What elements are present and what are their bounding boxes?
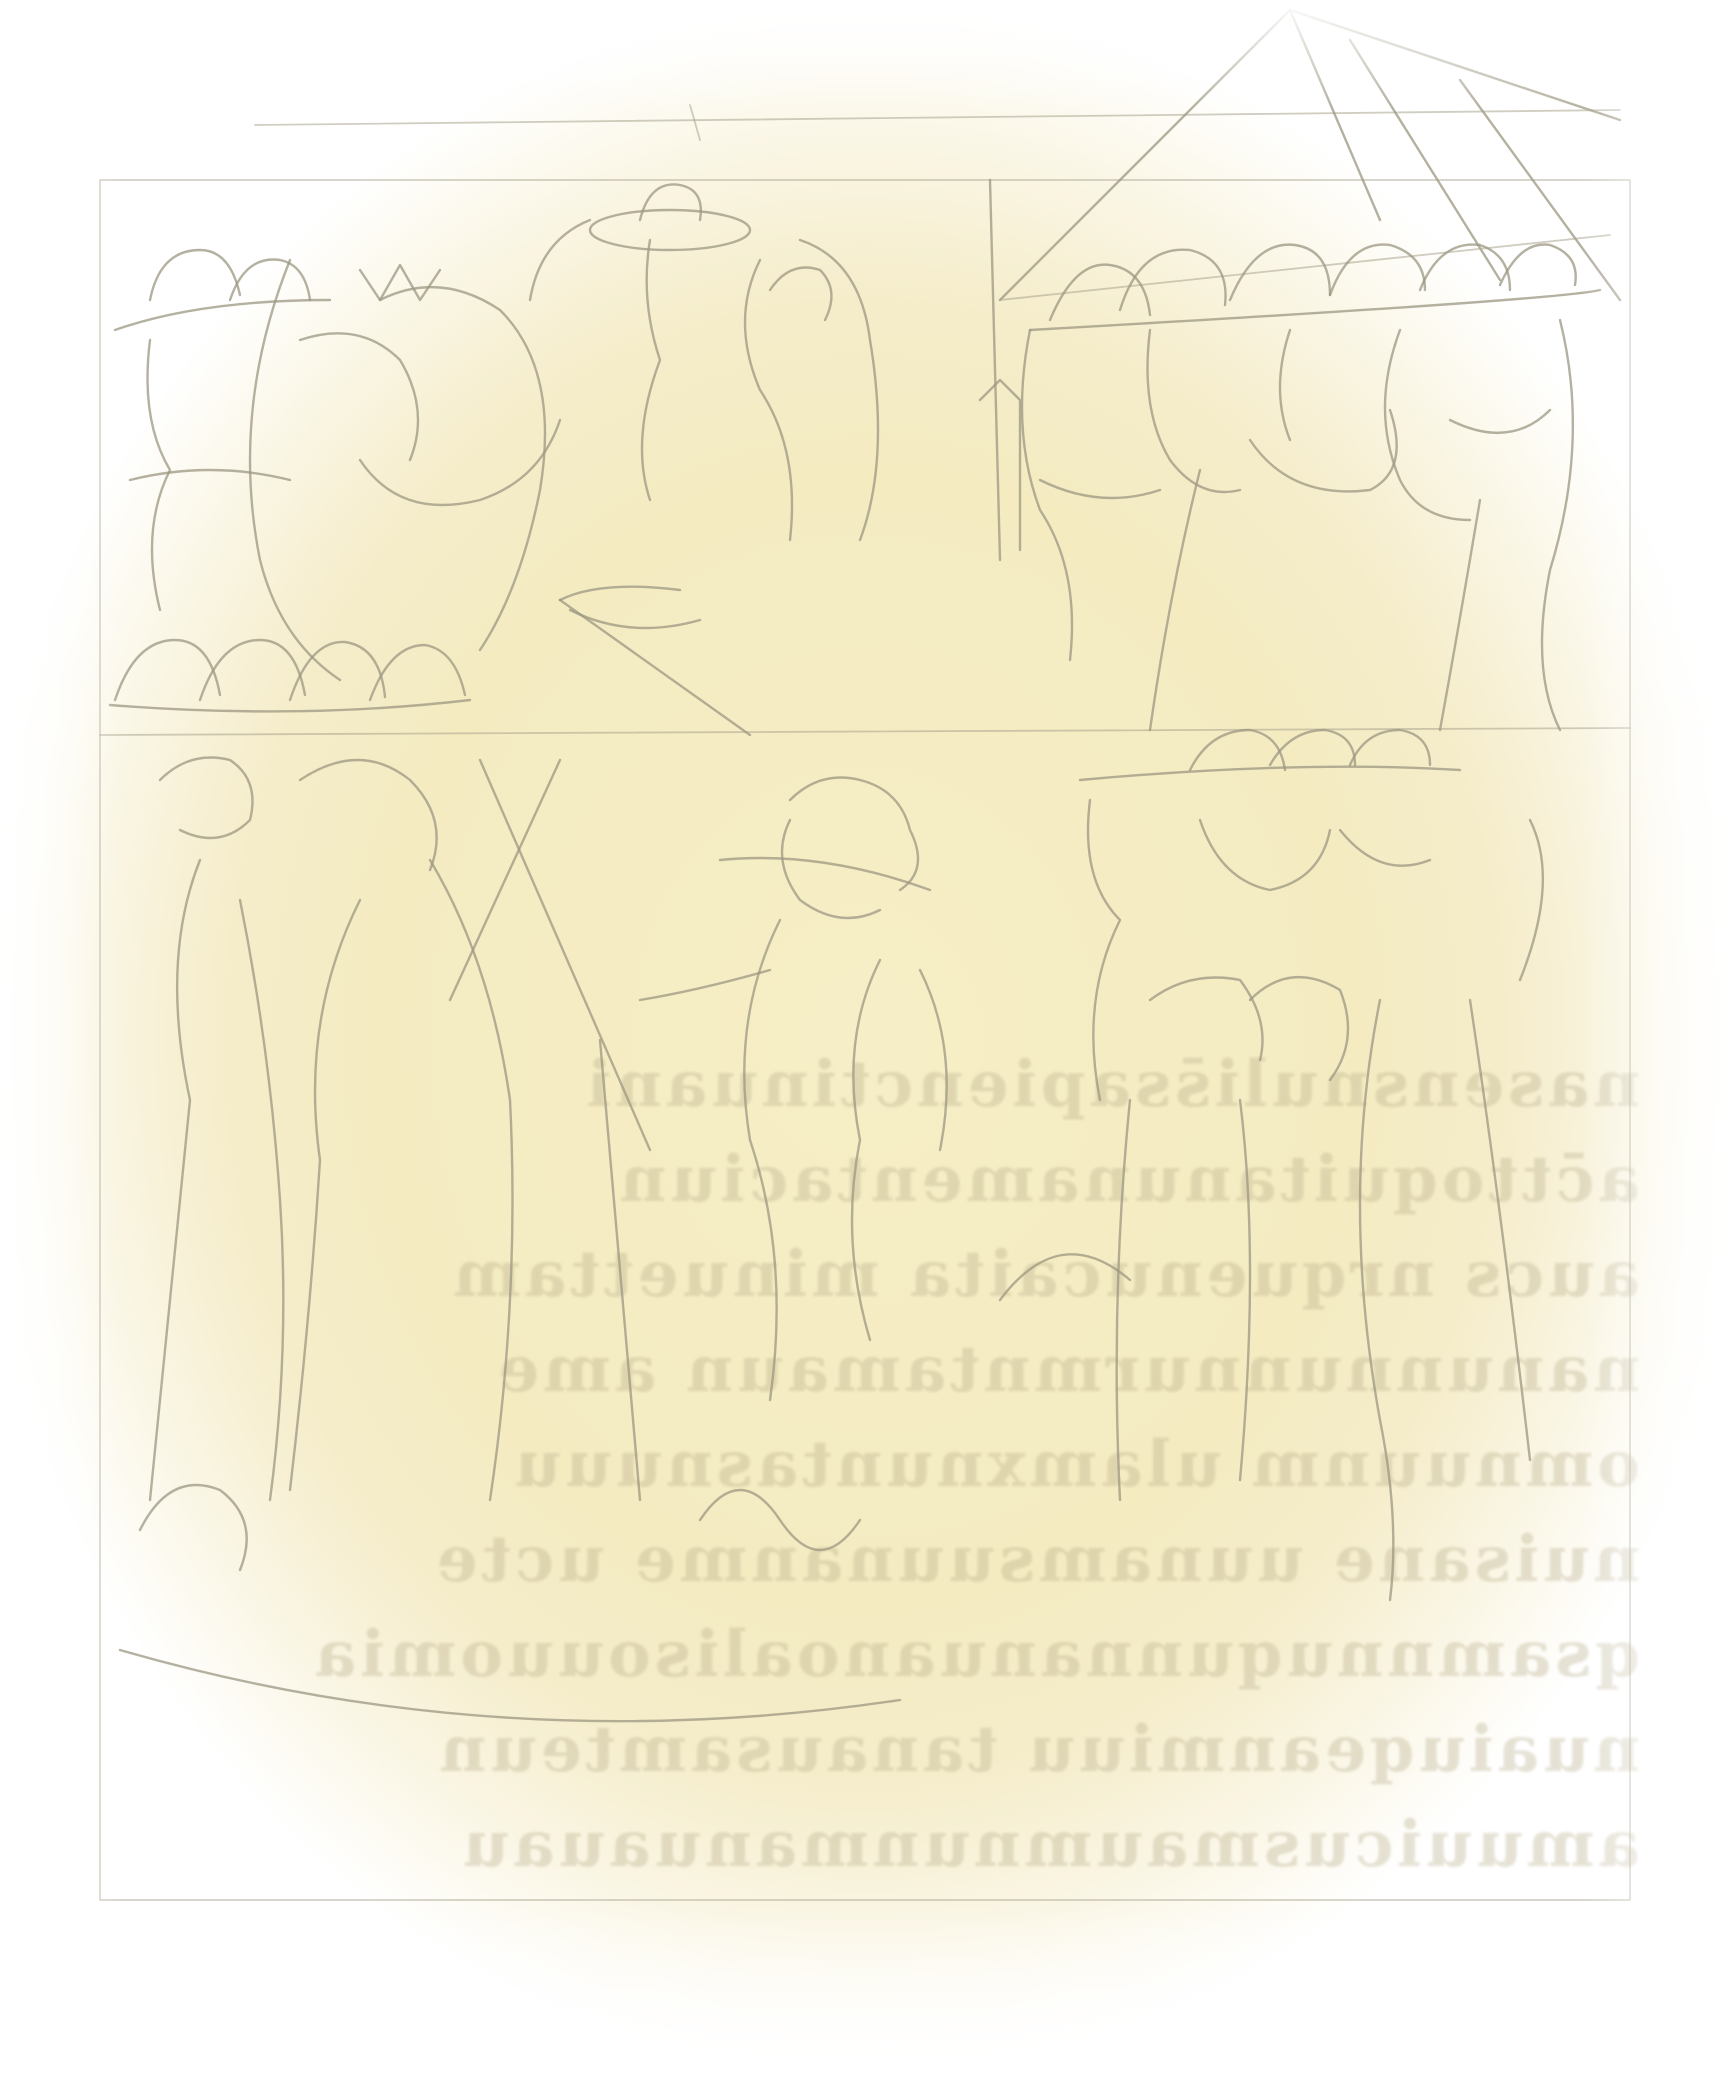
ruled-frame — [100, 105, 1630, 1900]
tray-of-loaves-upper-left — [110, 600, 750, 735]
figures-lower-left — [120, 758, 900, 1722]
figures-upper-left — [115, 220, 590, 680]
manuscript-page: nasensnulis̄sapienctinuaniac̄ttoquitanun… — [0, 0, 1731, 2076]
figures-upper-right — [1022, 320, 1573, 730]
tent-canopy — [1000, 10, 1620, 300]
kneeling-figure-center — [640, 778, 947, 1551]
figures-lower-right — [1000, 730, 1543, 1600]
pencil-sketch — [0, 0, 1731, 2076]
figures-upper-center — [560, 180, 1020, 628]
